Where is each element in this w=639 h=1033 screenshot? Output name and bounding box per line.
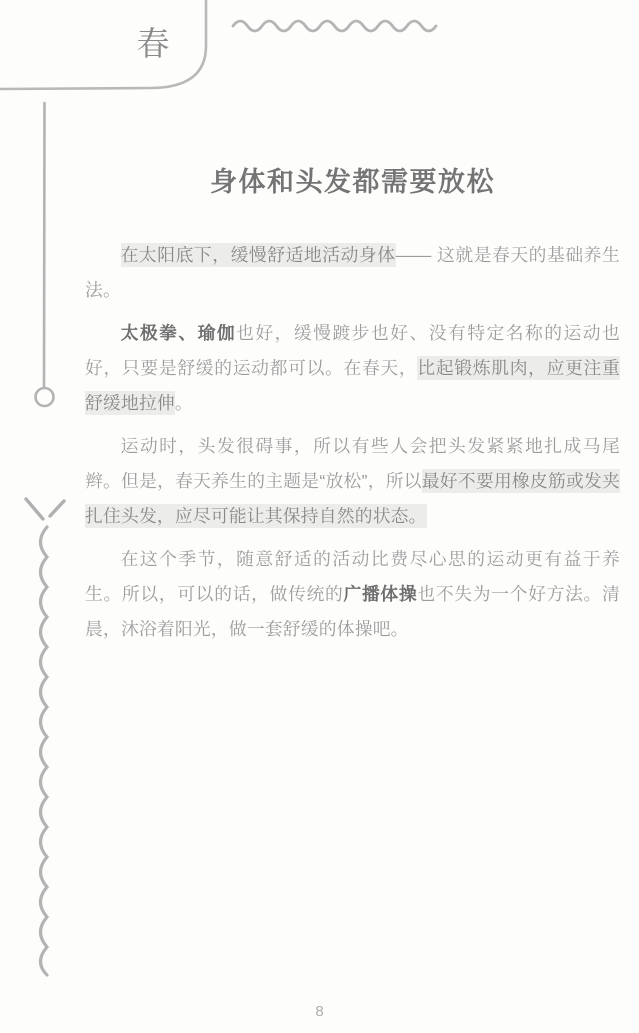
v-mark-decoration (26, 499, 64, 519)
article: 身体和头发都需要放松 在太阳底下，缓慢舒适地活动身体—— 这就是春天的基础养生法… (85, 160, 620, 655)
left-wavy-line-decoration (41, 527, 48, 975)
article-title: 身体和头发都需要放松 (85, 160, 620, 199)
paragraph: 运动时，头发很碍事，所以有些人会把头发紧紧地扎成马尾辫。但是，春天养生的主题是“… (85, 429, 620, 534)
vertical-line-decoration (44, 103, 45, 386)
paragraph: 在这个季节，随意舒适的活动比费尽心思的运动更有益于养生。所以，可以的话，做传统的… (85, 542, 620, 647)
page-number: 8 (0, 1003, 639, 1020)
circle-decoration (36, 388, 54, 406)
left-margin-decoration (0, 0, 90, 1000)
highlighted-text: 在太阳底下，缓慢舒适地活动身体 (121, 243, 396, 267)
top-wavy-line-decoration (233, 21, 436, 31)
paragraph: 太极拳、瑜伽也好，缓慢踱步也好、没有特定名称的运动也好，只要是舒缓的运动都可以。… (85, 316, 620, 421)
book-page: 春 身体和头发都需要放松 在太阳底下，缓慢舒适地活动身体—— 这就是春天的基础养… (0, 0, 639, 1033)
season-tab-curve-line (0, 0, 206, 89)
bold-term: 太极拳、瑜伽 (121, 323, 237, 343)
header-decoration (0, 0, 639, 100)
paragraph: 在太阳底下，缓慢舒适地活动身体—— 这就是春天的基础养生法。 (85, 238, 620, 308)
body-text: 。 (175, 393, 193, 413)
article-body: 在太阳底下，缓慢舒适地活动身体—— 这就是春天的基础养生法。太极拳、瑜伽也好，缓… (85, 238, 620, 647)
bold-term: 广播体操 (344, 584, 418, 604)
season-tab-label: 春 (131, 18, 175, 65)
